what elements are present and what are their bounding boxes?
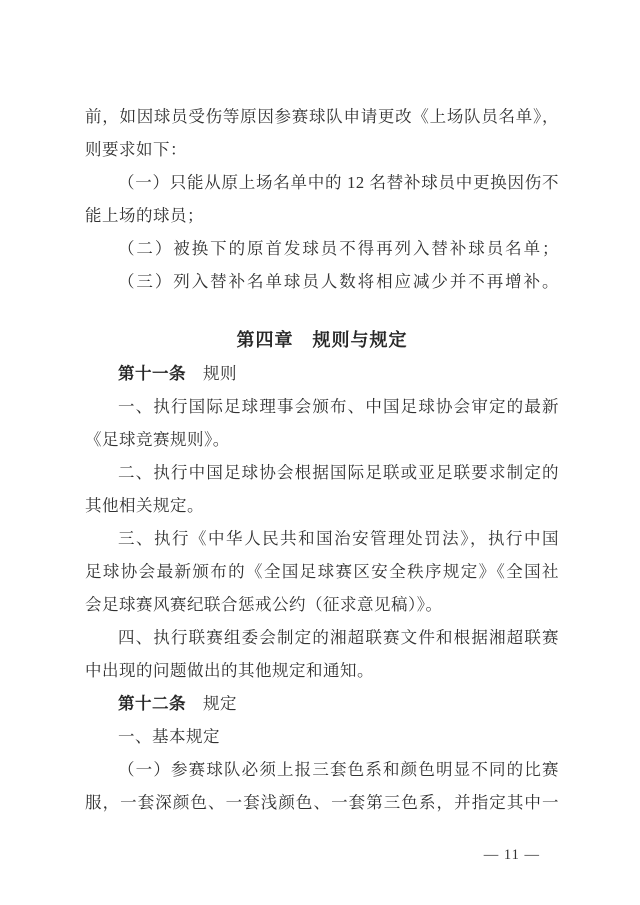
text-line: 二、执行中国足球协会根据国际足联或亚足联要求制定的 [85, 456, 559, 489]
article-number: 第十二条 [118, 694, 186, 713]
document-page: 前，如因球员受伤等原因参赛球队申请更改《上场队员名单》，则要求如下：（一）只能从… [0, 0, 640, 905]
article-heading: 第十二条 规定 [85, 687, 559, 720]
page-number: — 11 — [484, 847, 540, 863]
text-line: （一）参赛球队必须上报三套色系和颜色明显不同的比赛 [85, 753, 559, 786]
text-line: 四、执行联赛组委会制定的湘超联赛文件和根据湘超联赛 [85, 621, 559, 654]
text-line: 能上场的球员； [85, 199, 559, 232]
text-line: 前，如因球员受伤等原因参赛球队申请更改《上场队员名单》， [85, 100, 559, 133]
text-line: （二）被换下的原首发球员不得再列入替补球员名单； [85, 232, 559, 265]
chapter-heading: 第四章 规则与规定 [85, 324, 559, 357]
text-line: 一、执行国际足球理事会颁布、中国足球协会审定的最新 [85, 390, 559, 423]
document-content: 前，如因球员受伤等原因参赛球队申请更改《上场队员名单》，则要求如下：（一）只能从… [0, 0, 640, 819]
text-line: 三、执行《中华人民共和国治安管理处罚法》，执行中国 [85, 522, 559, 555]
page-footer: — 11 — [0, 847, 640, 864]
text-line: （三）列入替补名单球员人数将相应减少并不再增补。 [85, 265, 559, 298]
text-line: 其他相关规定。 [85, 489, 559, 522]
text-line: 《足球竞赛规则》。 [85, 423, 559, 456]
text-line: （一）只能从原上场名单中的 12 名替补球员中更换因伤不 [85, 166, 559, 199]
text-line: 服，一套深颜色、一套浅颜色、一套第三色系，并指定其中一 [85, 786, 559, 819]
article-heading: 第十一条 规则 [85, 357, 559, 390]
article-number: 第十一条 [118, 364, 186, 383]
text-line: 足球协会最新颁布的《全国足球赛区安全秩序规定》《全国社 [85, 555, 559, 588]
text-line: 会足球赛风赛纪联合惩戒公约（征求意见稿）》。 [85, 588, 559, 621]
text-line: 中出现的问题做出的其他规定和通知。 [85, 654, 559, 687]
text-line: 一、基本规定 [85, 720, 559, 753]
text-line: 则要求如下： [85, 133, 559, 166]
